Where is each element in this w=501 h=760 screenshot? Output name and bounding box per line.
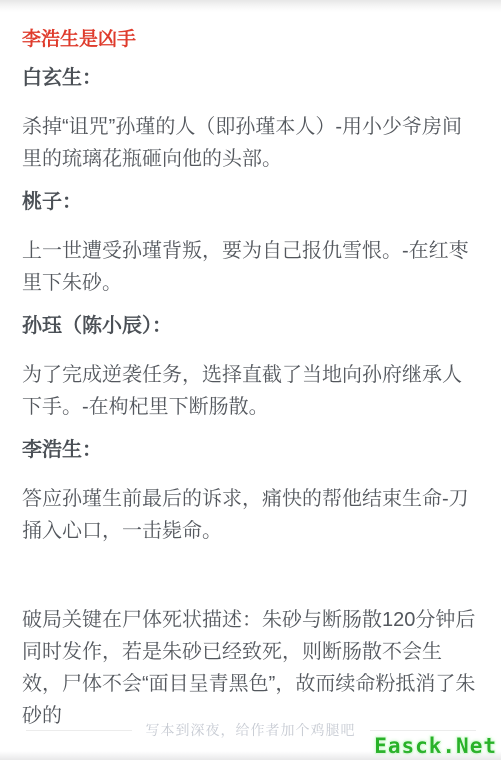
character-method: 为了完成逆袭任务，选择直截了当地向孙府继承人下手。-在枸杞里下断肠散。 (22, 359, 479, 423)
conclusion-paragraph: 破局关键在尸体死状描述：朱砂与断肠散120分钟后同时发作，若是朱砂已经致死，则断… (22, 604, 479, 732)
divider-line-left (26, 730, 132, 731)
character-section: 李浩生： 答应孙瑾生前最后的诉求，痛快的帮他结束生命-刀捅入心口，一击毙命。 (22, 436, 479, 547)
character-method: 答应孙瑾生前最后的诉求，痛快的帮他结束生命-刀捅入心口，一击毙命。 (22, 483, 479, 547)
character-name: 白玄生： (22, 64, 479, 92)
author-note-text: 写本到深夜，给作者加个鸡腿吧 (146, 720, 356, 740)
content-area: 李浩生是凶手 白玄生： 杀掉“诅咒”孙瑾的人（即孙瑾本人）-用小少爷房间里的琉璃… (0, 0, 501, 732)
character-method: 上一世遭受孙瑾背叛，要为自己报仇雪恨。-在红枣里下朱砂。 (22, 235, 479, 299)
answer-page: 李浩生是凶手 白玄生： 杀掉“诅咒”孙瑾的人（即孙瑾本人）-用小少爷房间里的琉璃… (0, 0, 501, 760)
character-section: 孙珏（陈小辰）： 为了完成逆袭任务，选择直截了当地向孙府继承人下手。-在枸杞里下… (22, 312, 479, 423)
character-name: 李浩生： (22, 436, 479, 464)
bottom-edge-shadow (0, 751, 501, 760)
divider-line-right (370, 730, 476, 731)
character-name: 桃子： (22, 188, 479, 216)
character-method: 杀掉“诅咒”孙瑾的人（即孙瑾本人）-用小少爷房间里的琉璃花瓶砸向他的头部。 (22, 111, 479, 175)
character-section: 桃子： 上一世遭受孙瑾背叛，要为自己报仇雪恨。-在红枣里下朱砂。 (22, 188, 479, 299)
verdict-title: 李浩生是凶手 (22, 30, 479, 50)
character-name: 孙珏（陈小辰）： (22, 312, 479, 340)
top-edge-shadow (0, 0, 501, 12)
character-section: 白玄生： 杀掉“诅咒”孙瑾的人（即孙瑾本人）-用小少爷房间里的琉璃花瓶砸向他的头… (22, 64, 479, 175)
